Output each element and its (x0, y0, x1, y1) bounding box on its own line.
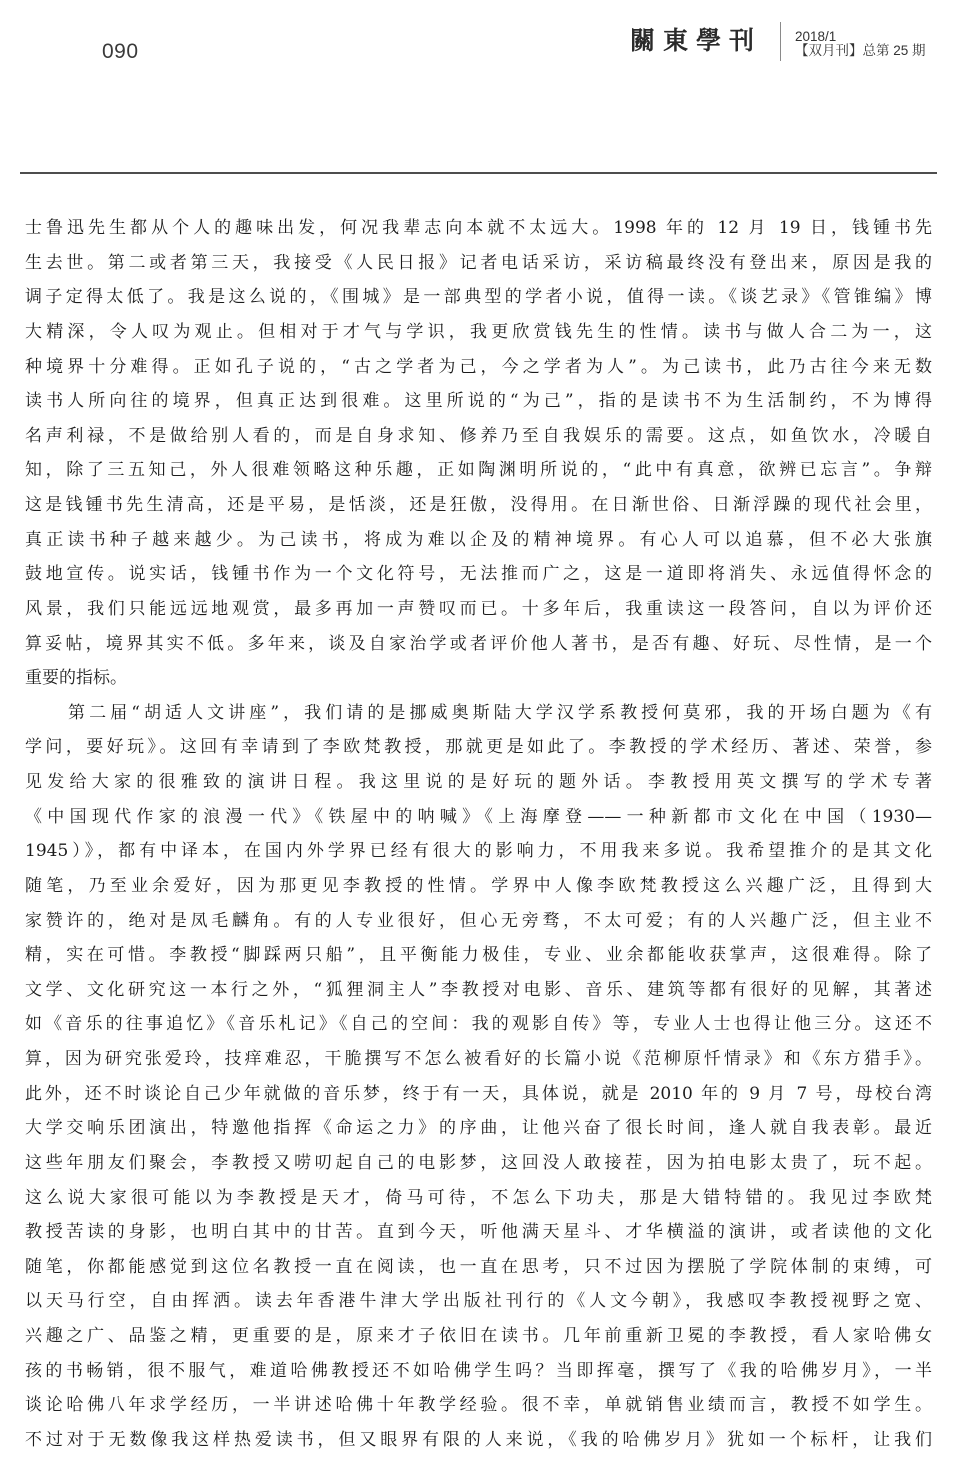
text-line: 家赞许的，绝对是凤毛麟角。有的人专业很好，但心无旁骛，不太可爱；有的人兴趣广泛，… (25, 904, 932, 939)
text-line: 重要的指标。 (25, 661, 932, 696)
text-line: 算妥帖，境界其实不低。多年来，谈及自家治学或者评价他人著书，是否有趣、好玩、尽性… (25, 627, 932, 662)
text-line: 种境界十分难得。正如孔子说的，“古之学者为己，今之学者为人”。为己读书，此乃古往… (25, 350, 932, 385)
text-line: 名声利禄，不是做给别人看的，而是自身求知、修养乃至自我娱乐的需要。这点，如鱼饮水… (25, 419, 932, 454)
text-line: 谈论哈佛八年求学经历，一半讲述哈佛十年教学经验。很不幸，单就销售业绩而言，教授不… (25, 1388, 932, 1423)
text-line: 风景，我们只能远远地观赏，最多再加一声赞叹而已。十多年后，我重读这一段答问，自以… (25, 592, 932, 627)
text-line: 随笔，乃至业余爱好，因为那更见李教授的性情。学界中人像李欧梵教授这么兴趣广泛，且… (25, 869, 932, 904)
issue-number: 【双月刊】总第 25 期 (795, 44, 926, 58)
text-line: 这是钱锺书先生清高，还是平易，是恬淡，还是狂傲，没得用。在日渐世俗、日渐浮躁的现… (25, 488, 932, 523)
text-line: 随笔，你都能感觉到这位名教授一直在阅读，也一直在思考，只不过因为摆脱了学院体制的… (25, 1250, 932, 1285)
text-line: 大学交响乐团演出，特邀他指挥《命运之力》的序曲，让他兴奋了很长时间，逢人就自我表… (25, 1111, 932, 1146)
paragraph: 第二届“胡适人文讲座”，我们请的是挪威奥斯陆大学汉学系教授何莫邪，我的开场白题为… (25, 696, 932, 1458)
text-line: 以天马行空，自由挥洒。读去年香港牛津大学出版社刊行的《人文今朝》，我感叹李教授视… (25, 1284, 932, 1319)
text-line: 这些年朋友们聚会，李教授又唠叨起自己的电影梦，这回没人敢接茬，因为拍电影太贵了，… (25, 1146, 932, 1181)
issue-date: 2018/1 (795, 30, 926, 44)
header-rule (20, 172, 937, 174)
header-divider (780, 22, 781, 61)
text-line: 《中国现代作家的浪漫一代》《铁屋中的呐喊》《上海摩登——一种新都市文化在中国（1… (25, 800, 932, 835)
text-line: 第二届“胡适人文讲座”，我们请的是挪威奥斯陆大学汉学系教授何莫邪，我的开场白题为… (25, 696, 932, 731)
text-line: 见发给大家的很雅致的演讲日程。我这里说的是好玩的题外话。李教授用英文撰写的学术专… (25, 765, 932, 800)
text-line: 教授苦读的身影，也明白其中的甘苦。直到今天，听他满天星斗、才华横溢的演讲，或者读… (25, 1215, 932, 1250)
journal-logo: 關東學刊 (630, 28, 762, 54)
text-line: 这么说大家很可能以为李教授是天才，倚马可待，不怎么下功夫，那是大错特错的。我见过… (25, 1181, 932, 1216)
text-line: 不过对于无数像我这样热爱读书，但又眼界有限的人来说，《我的哈佛岁月》犹如一个标杆… (25, 1423, 932, 1458)
page-number: 090 (102, 41, 139, 62)
text-line: 知，除了三五知己，外人很难领略这种乐趣，正如陶渊明所说的，“此中有真意，欲辨已忘… (25, 453, 932, 488)
article-body: 士鲁迅先生都从个人的趣味出发，何况我辈志向本就不太远大。1998 年的 12 月… (25, 211, 932, 1458)
text-line: 文学、文化研究这一本行之外，“狐狸洞主人”李教授对电影、音乐、建筑等都有很好的见… (25, 973, 932, 1008)
text-line: 生去世。第二或者第三天，我接受《人民日报》记者电话采访，采访稿最终没有登出来，原… (25, 246, 932, 281)
text-line: 鼓地宣传。说实话，钱锺书作为一个文化符号，无法推而广之，这是一道即将消失、永远值… (25, 557, 932, 592)
text-line: 学问，要好玩》。这回有幸请到了李欧梵教授，那就更是如此了。李教授的学术经历、著述… (25, 730, 932, 765)
text-line: 读书人所向往的境界，但真正达到很难。这里所说的“为己”，指的是读书不为生活制约，… (25, 384, 932, 419)
issue-info-block: 2018/1 【双月刊】总第 25 期 (795, 30, 926, 57)
text-line: 士鲁迅先生都从个人的趣味出发，何况我辈志向本就不太远大。1998 年的 12 月… (25, 211, 932, 246)
text-line: 大精深，令人叹为观止。但相对于才气与学识，我更欣赏钱先生的性情。读书与做人合二为… (25, 315, 932, 350)
text-line: 精，实在可惜。李教授“脚踩两只船”，且平衡能力极佳，专业、业余都能收获掌声，这很… (25, 938, 932, 973)
paragraph: 士鲁迅先生都从个人的趣味出发，何况我辈志向本就不太远大。1998 年的 12 月… (25, 211, 932, 696)
text-line: 真正读书种子越来越少。为己读书，将成为难以企及的精神境界。有心人可以追慕，但不必… (25, 523, 932, 558)
text-line: 孩的书畅销，很不服气，难道哈佛教授还不如哈佛学生吗？当即挥毫，撰写了《我的哈佛岁… (25, 1354, 932, 1389)
text-line: 兴趣之广、品鉴之精，更重要的是，原来才子依旧在读书。几年前重新卫冕的李教授，看人… (25, 1319, 932, 1354)
text-line: 算，因为研究张爱玲，技痒难忍，干脆撰写不怎么被看好的长篇小说《范柳原忏情录》和《… (25, 1042, 932, 1077)
text-line: 1945）》，都有中译本，在国内外学界已经有很大的影响力，不用我来多说。我希望推… (25, 834, 932, 869)
text-line: 如《音乐的往事追忆》《音乐札记》《自己的空间：我的观影自传》等，专业人士也得让他… (25, 1007, 932, 1042)
text-line: 调子定得太低了。我是这么说的，《围城》是一部典型的学者小说，值得一读。《谈艺录》… (25, 280, 932, 315)
text-line: 此外，还不时谈论自己少年就做的音乐梦，终于有一天，具体说，就是 2010 年的 … (25, 1077, 932, 1112)
